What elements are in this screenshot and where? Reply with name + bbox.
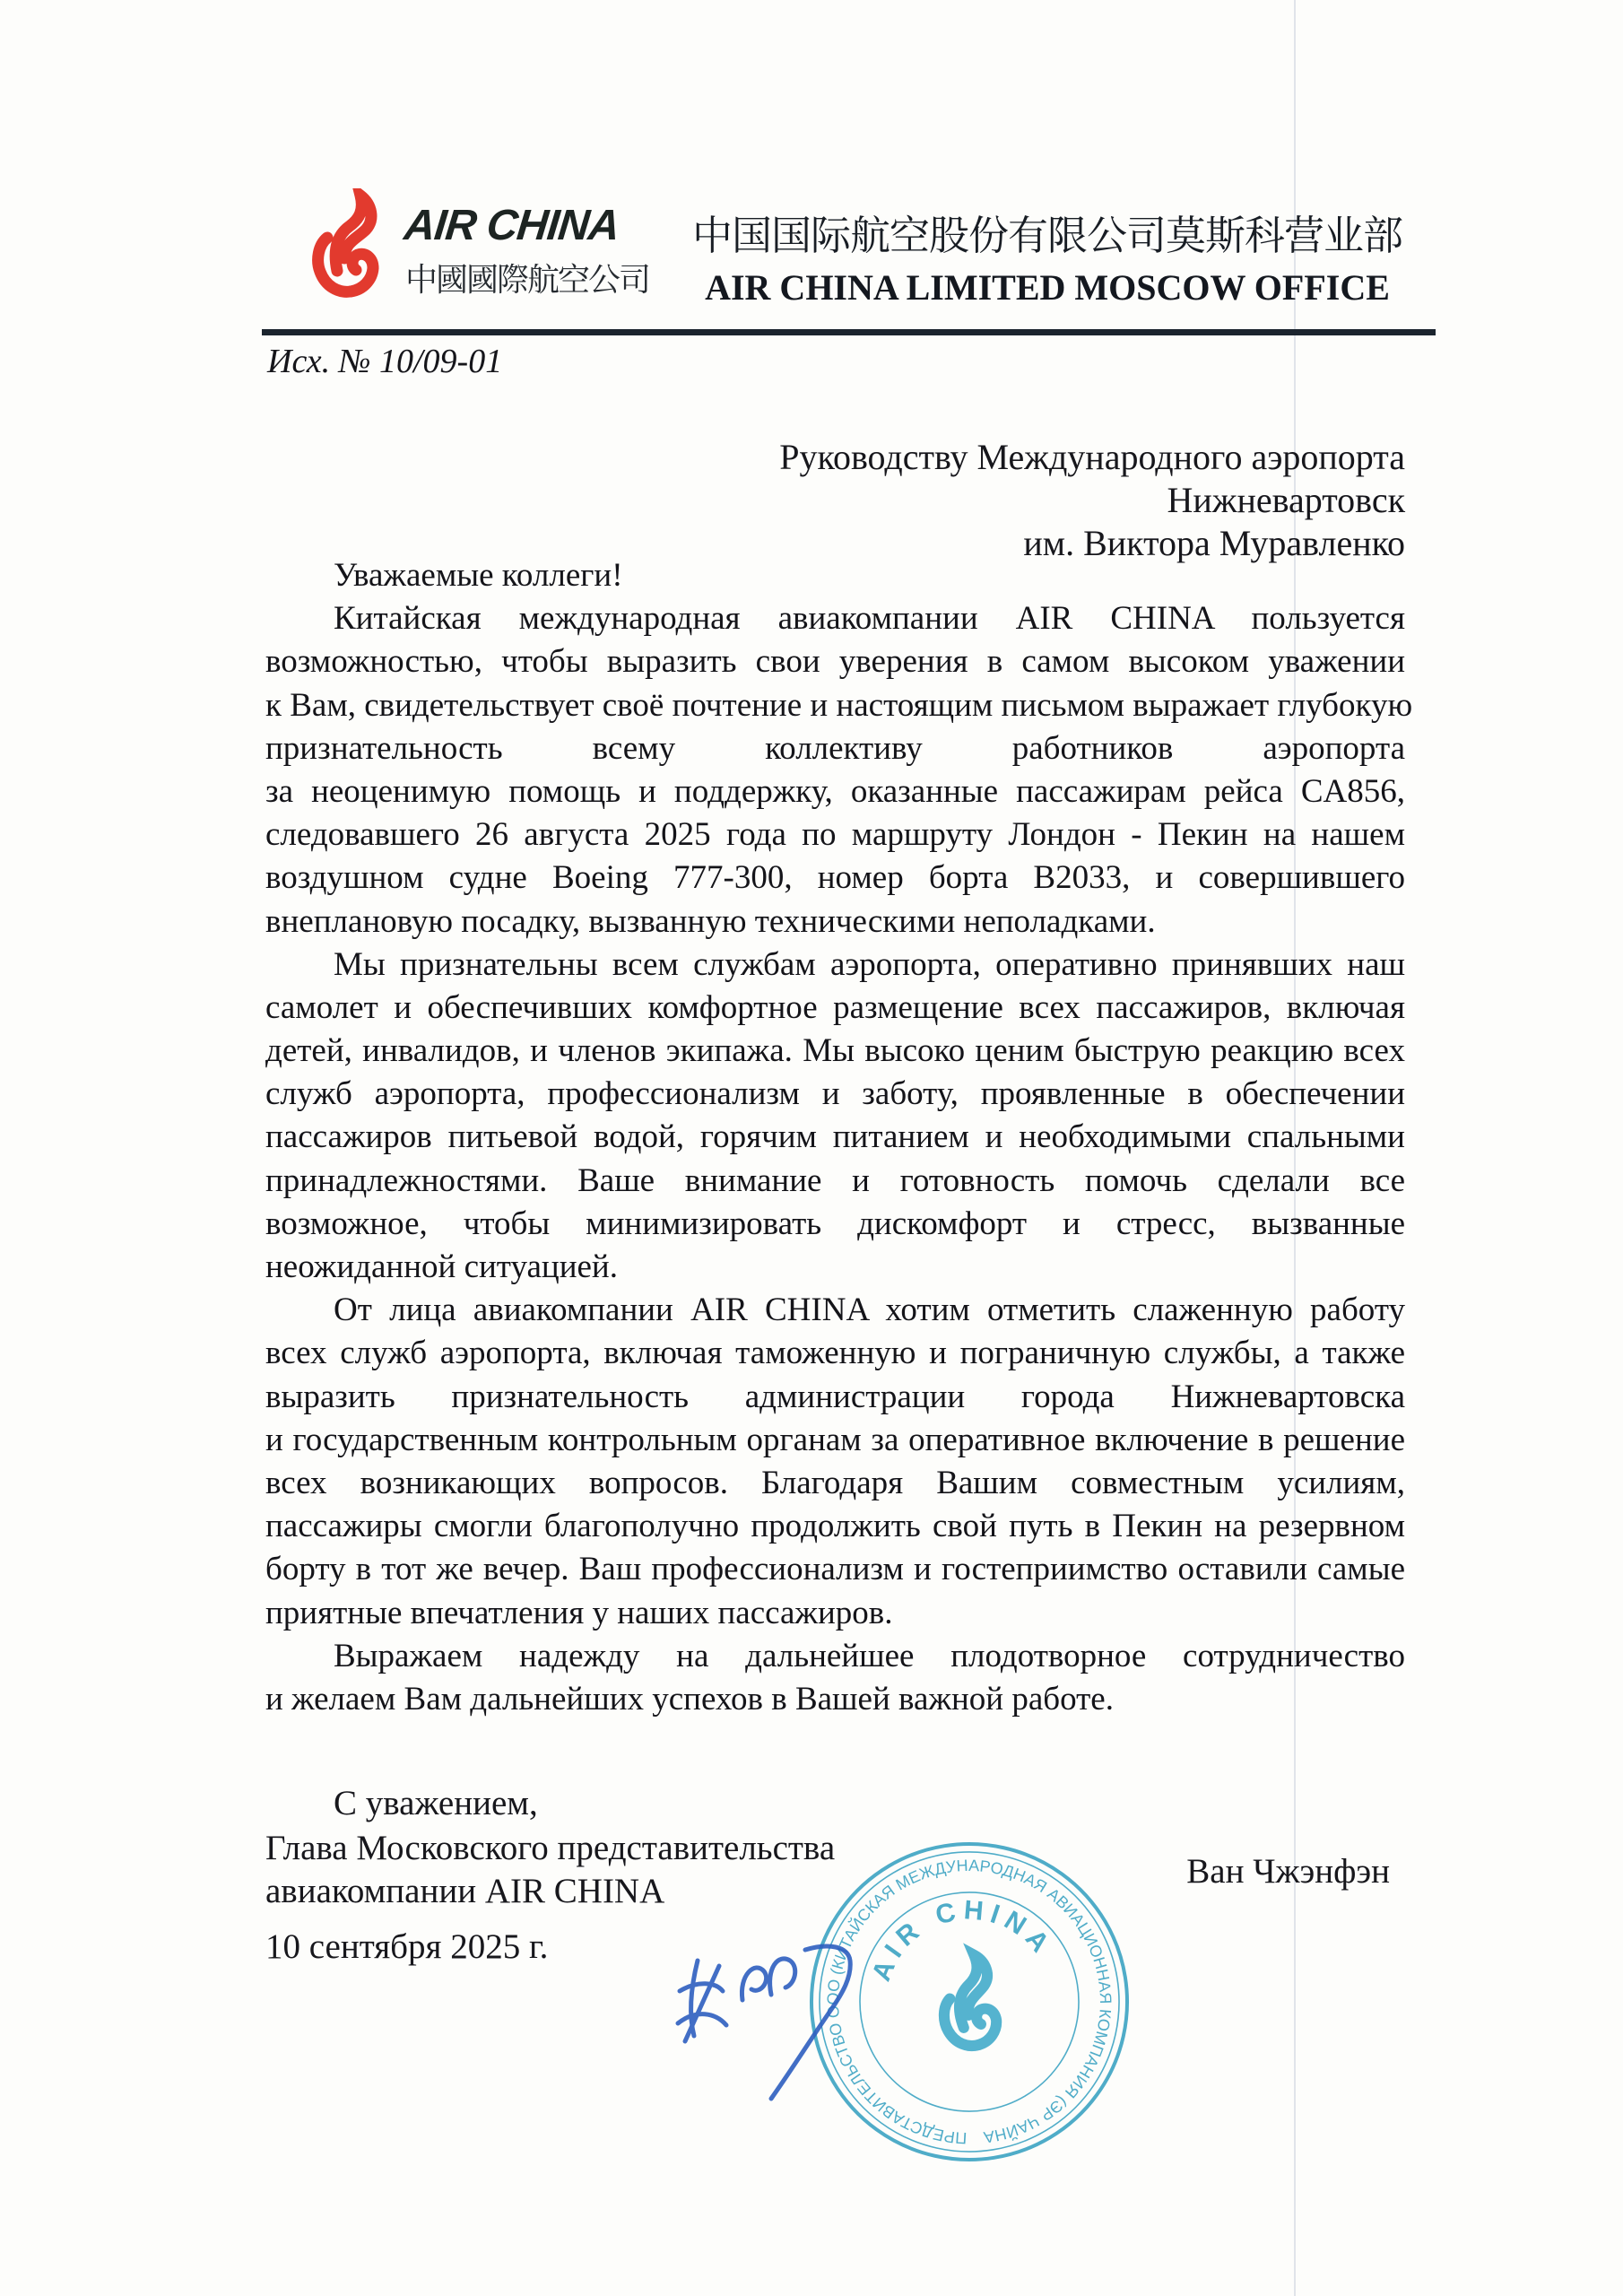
body-line: Выражаем надежду на дальнейшее плодотвор… xyxy=(265,1635,1405,1678)
office-header: 中国国际航空股份有限公司莫斯科营业部 AIR CHINA LIMITED MOS… xyxy=(689,203,1406,309)
body-line: всех возникающих вопросов. Благодаря Ваш… xyxy=(265,1462,1405,1505)
signer-title-line1: Глава Московского представительства xyxy=(265,1828,835,1868)
closing-phrase: С уважением, xyxy=(334,1783,538,1823)
body-line: и желаем Вам дальнейших успехов в Вашей … xyxy=(265,1678,1405,1721)
body-line: выразить признательность администрации г… xyxy=(265,1376,1405,1419)
body-line: возможностью, чтобы выразить свои уверен… xyxy=(265,640,1405,683)
body-line: внеплановую посадку, вызванную техническ… xyxy=(265,900,1405,944)
letterhead-rule xyxy=(262,329,1436,335)
body-line: детей, инвалидов, и членов экипажа. Мы в… xyxy=(265,1030,1405,1073)
body-line: От лица авиакомпании AIR CHINA хотим отм… xyxy=(265,1289,1405,1332)
body-line: Китайская международная авиакомпании AIR… xyxy=(265,597,1405,640)
body-line: борту в тот же вечер. Ваш профессионализ… xyxy=(265,1548,1405,1591)
body-line: неожиданной ситуацией. xyxy=(265,1246,1405,1289)
letter-date: 10 сентября 2025 г. xyxy=(265,1926,548,1967)
body-line: возможное, чтобы минимизировать дискомфо… xyxy=(265,1203,1405,1246)
body-line: воздушном судне Boeing 777-300, номер бо… xyxy=(265,857,1405,900)
body-line: самолет и обеспечивших комфортное размещ… xyxy=(265,987,1405,1030)
signer-title-line2: авиакомпании AIR CHINA xyxy=(265,1871,664,1911)
body-line: Мы признательны всем службам аэропорта, … xyxy=(265,944,1405,987)
scanned-letter-page: AIR CHINA 中國國際航空公司 中国国际航空股份有限公司莫斯科营业部 AI… xyxy=(0,0,1623,2296)
body-line: пассажиры смогли благополучно продолжить… xyxy=(265,1505,1405,1548)
addressee-block: Руководству Международного аэропорта Ниж… xyxy=(538,436,1405,565)
brand-wordmark: AIR CHINA xyxy=(402,201,621,250)
addressee-line1: Руководству Международного аэропорта Ниж… xyxy=(538,436,1405,522)
pen-signature-icon xyxy=(664,1909,950,2124)
body-line: и государственным контрольным органам за… xyxy=(265,1419,1405,1462)
outgoing-reference-number: Исх. № 10/09-01 xyxy=(267,342,502,381)
body-line: Уважаемые коллеги! xyxy=(265,554,1405,597)
body-line: приятные впечатления у наших пассажиров. xyxy=(265,1592,1405,1635)
air-china-phoenix-icon xyxy=(301,188,395,305)
body-line: всех служб аэропорта, включая таможенную… xyxy=(265,1332,1405,1375)
brand-chinese-name: 中國國際航空公司 xyxy=(405,255,649,300)
office-name-chinese: 中国国际航空股份有限公司莫斯科营业部 xyxy=(689,203,1406,261)
office-name-english: AIR CHINA LIMITED MOSCOW OFFICE xyxy=(689,266,1406,309)
body-line: за неоценимую помощь и поддержку, оказан… xyxy=(265,770,1405,813)
body-lines: Уважаемые коллеги!Китайская международна… xyxy=(265,554,1405,1721)
body-line: пассажиров питьевой водой, горячим питан… xyxy=(265,1116,1405,1159)
body-line: служб аэропорта, профессионализм и забот… xyxy=(265,1073,1405,1116)
body-line: следовавшего 26 августа 2025 года по мар… xyxy=(265,813,1405,857)
body-line: принадлежностями. Ваше внимание и готовн… xyxy=(265,1160,1405,1203)
body-line: к Вам, свидетельствует своё почтение и н… xyxy=(265,684,1405,727)
body-line: признательность всему коллективу работни… xyxy=(265,727,1405,770)
